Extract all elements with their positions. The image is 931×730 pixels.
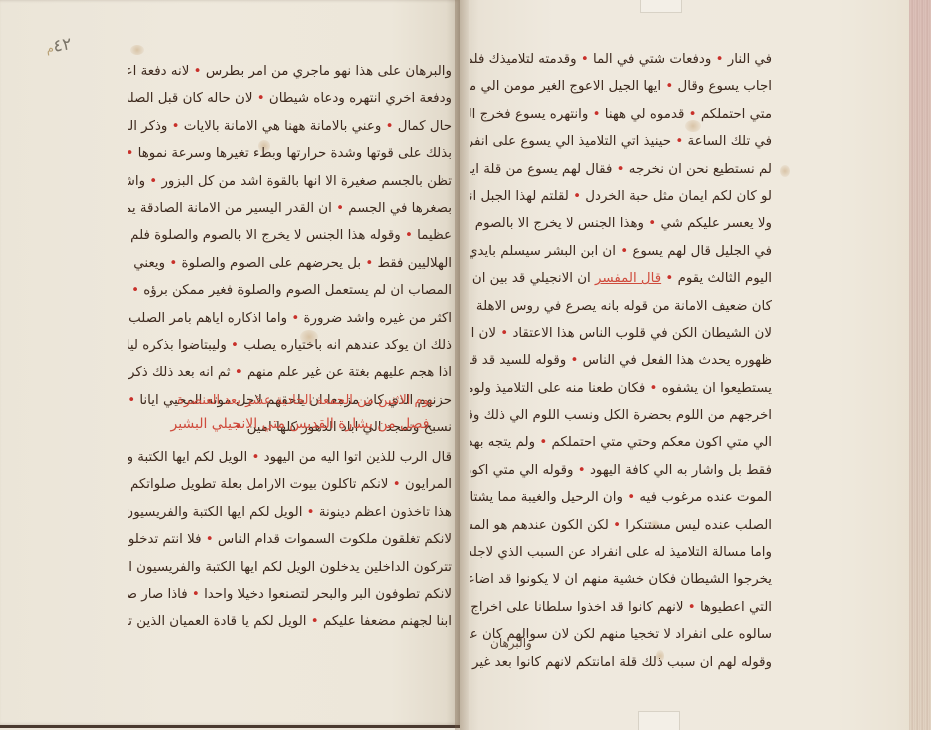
verse-separator-dot: •	[386, 119, 394, 134]
verse-separator-dot: •	[627, 490, 635, 505]
text-line: سالوه على انفراد لا تخجيا منهم لكن لان س…	[470, 621, 772, 648]
text-line: وقوله لهم ان سبب ذلك قلة امانتكم لانهم ك…	[470, 649, 772, 676]
text-line: حال كمال • وعني بالامانة ههنا هي الامانة…	[128, 113, 452, 140]
verse-separator-dot: •	[192, 587, 200, 602]
verse-separator-dot: •	[650, 381, 658, 396]
paper-stain	[780, 165, 790, 177]
verse-separator-dot: •	[470, 299, 472, 314]
text-line: ظهوره يحدث هذا الفعل في الناس • وقوله لل…	[470, 347, 772, 374]
verse-separator-dot: •	[617, 162, 625, 177]
text-line: والبرهان على هذا نهو ماجري من امر بطرس •…	[128, 58, 452, 85]
text-line: بصغرها في الجسم • ان القدر اليسير من الا…	[128, 195, 452, 222]
verse-separator-dot: •	[539, 435, 547, 450]
left-page-text-block-2: قال الرب للذين اتوا اليه من اليهود • الو…	[128, 444, 452, 636]
text-line: الهلاليين فقط • بل يحرضهم على الصوم والص…	[128, 250, 452, 277]
right-page-text-block: في النار • ودفعات شتي في الما • وقدمته ل…	[470, 46, 772, 676]
verse-separator-dot: •	[194, 64, 202, 79]
text-line: اكثر من غيره واشد ضرورة • واما اذكاره اي…	[128, 305, 452, 332]
verse-separator-dot: •	[393, 477, 401, 492]
text-line: ودفعة اخري انتهره ودعاه شيطان • لان حاله…	[128, 85, 452, 112]
text-line: في الجليل قال لهم يسوع • ان ابن البشر سي…	[470, 238, 772, 265]
verse-separator-dot: •	[573, 189, 581, 204]
verse-separator-dot: •	[571, 353, 579, 368]
text-line: التي اعطيوها • لانهم كانوا قد اخذوا سلطا…	[470, 594, 772, 621]
text-line: يستطيعوا ان يشفوه • فكان طعنا منه على ال…	[470, 375, 772, 402]
book-fore-edge	[909, 0, 931, 730]
verse-separator-dot: •	[257, 91, 265, 106]
text-line: تظن بالجسم صغيرة الا انها بالقوة اشد من …	[128, 168, 452, 195]
verse-separator-dot: •	[405, 228, 413, 243]
verse-separator-dot: •	[251, 450, 259, 465]
verse-separator-dot: •	[675, 134, 683, 149]
verse-separator-dot: •	[235, 365, 243, 380]
verse-separator-dot: •	[231, 338, 239, 353]
verse-separator-dot: •	[365, 256, 373, 271]
text-line-with-rubric: اليوم الثالث يقوم • قال المفسر ان الانجي…	[470, 265, 772, 292]
text-line: الصلب عنده ليس مستنكرا • لكن الكون عندهم…	[470, 512, 772, 539]
verse-separator-dot: •	[648, 216, 656, 231]
text-line: هذا تاخذون اعظم دينونة • الويل لكم ايها …	[128, 499, 452, 526]
verse-separator-dot: •	[149, 174, 157, 189]
text-line: فقط بل واشار به الي كافة اليهود • وقوله …	[470, 457, 772, 484]
verse-separator-dot: •	[688, 600, 696, 615]
page-tab-marker	[638, 711, 680, 730]
text-line: المصاب ان لم يستعمل الصوم والصلوة فغير م…	[128, 277, 452, 304]
verse-separator-dot: •	[336, 201, 344, 216]
text-line: لم نستطيع نحن ان نخرجه • فقال لهم يسوع م…	[470, 156, 772, 183]
text-line: عظيما • وقوله هذا الجنس لا يخرج الا بالص…	[128, 222, 452, 249]
folio-number-digits: ٤٢	[52, 34, 73, 56]
verse-separator-dot: •	[291, 311, 299, 326]
text-line: لانكم تطوفون البر والبحر لتصنعوا دخيلا و…	[128, 581, 452, 608]
text-line: لانكم تغلقون ملكوت السموات قدام الناس • …	[128, 526, 452, 553]
verse-separator-dot: •	[206, 532, 214, 547]
text-line: في النار • ودفعات شتي في الما • وقدمته ل…	[470, 46, 772, 73]
folio-number: ٤٢م	[45, 34, 73, 57]
text-line: ذلك ان يوكد عندهم انه باختياره يصلب • ول…	[128, 332, 452, 359]
text-line: متي احتملكم • قدموه لي ههنا • وانتهره يس…	[470, 101, 772, 128]
text-line: كان ضعيف الامانة من قوله بانه يصرع في رو…	[470, 293, 772, 320]
text-line: قال الرب للذين اتوا اليه من اليهود • الو…	[128, 444, 452, 471]
verse-separator-dot: •	[307, 505, 315, 520]
verse-separator-dot: •	[716, 52, 724, 67]
text-line: اخرجهم من اللوم بحضرة الكل ونسب اللوم ال…	[470, 402, 772, 429]
text-line: اجاب يسوع وقال • ايها الجيل الاعوج الغير…	[470, 73, 772, 100]
verse-separator-dot: •	[665, 271, 673, 286]
paper-stain	[130, 45, 144, 55]
text-line: يخرجوا الشيطان فكان خشية منهم ان لا يكون…	[470, 566, 772, 593]
verse-separator-dot: •	[578, 463, 586, 478]
rubric-heading-gospel-reading: فصل من بشارة القديس متي الانجيلي البشير	[150, 416, 450, 432]
text-line: لان الشيطان الكن في قلوب الناس هذا الاعت…	[470, 320, 772, 347]
verse-separator-dot: •	[128, 393, 135, 408]
left-page-text-block-1: والبرهان على هذا نهو ماجري من امر بطرس •…	[128, 58, 452, 441]
verse-separator-dot: •	[581, 52, 589, 67]
verse-separator-dot: •	[311, 614, 319, 629]
verse-separator-dot: •	[620, 244, 628, 259]
text-line: اذا هجم عليهم بغتة عن غير علم منهم • ثم …	[128, 359, 452, 386]
book-gutter	[455, 0, 469, 730]
rubric-heading-day: يوم الاثنين من الجمعة الحادية عشر بعد ال…	[160, 393, 450, 408]
verse-separator-dot: •	[613, 518, 621, 533]
text-line: الموت عنده مرغوب فيه • وان الرحيل والغيب…	[470, 484, 772, 511]
text-line: الي متي اكون معكم وحتي متي احتملكم • ولم…	[470, 429, 772, 456]
verse-separator-dot: •	[500, 326, 508, 341]
verse-separator-dot: •	[128, 146, 133, 161]
verse-separator-dot: •	[169, 256, 177, 271]
verse-separator-dot: •	[131, 283, 139, 298]
left-page: ٤٢م والبرهان على هذا نهو ماجري من امر بط…	[0, 0, 460, 728]
text-line-content: اليوم الثالث يقوم • قال المفسر ان الانجي…	[470, 271, 772, 286]
text-line: واما مسالة التلاميذ له على انفراد عن الس…	[470, 539, 772, 566]
text-line: المرايون • لانكم تاكلون بيوت الارامل بعل…	[128, 471, 452, 498]
text-line: ابنا لجهنم مضعفا عليكم • الويل لكم يا قا…	[128, 608, 452, 635]
text-line: بذلك على قوتها وشدة حرارتها وبطء تغيرها …	[128, 140, 452, 167]
verse-separator-dot: •	[593, 107, 601, 122]
text-line: ولا يعسر عليكم شي • وهذا الجنس لا يخرج ا…	[470, 210, 772, 237]
manuscript-spread: ٤٢م والبرهان على هذا نهو ماجري من امر بط…	[0, 0, 931, 730]
page-tab-marker	[640, 0, 682, 13]
text-line: تتركون الداخلين يدخلون الويل لكم ايها ال…	[128, 554, 452, 581]
verse-separator-dot: •	[689, 107, 697, 122]
text-line: في تلك الساعة • حينيذ اتي التلاميذ الي ي…	[470, 128, 772, 155]
rubric-inline: قال المفسر	[595, 271, 661, 286]
verse-separator-dot: •	[665, 79, 673, 94]
verse-separator-dot: •	[172, 119, 180, 134]
text-line: لو كان لكم ايمان مثل حبة الخردل • لقلتم …	[470, 183, 772, 210]
